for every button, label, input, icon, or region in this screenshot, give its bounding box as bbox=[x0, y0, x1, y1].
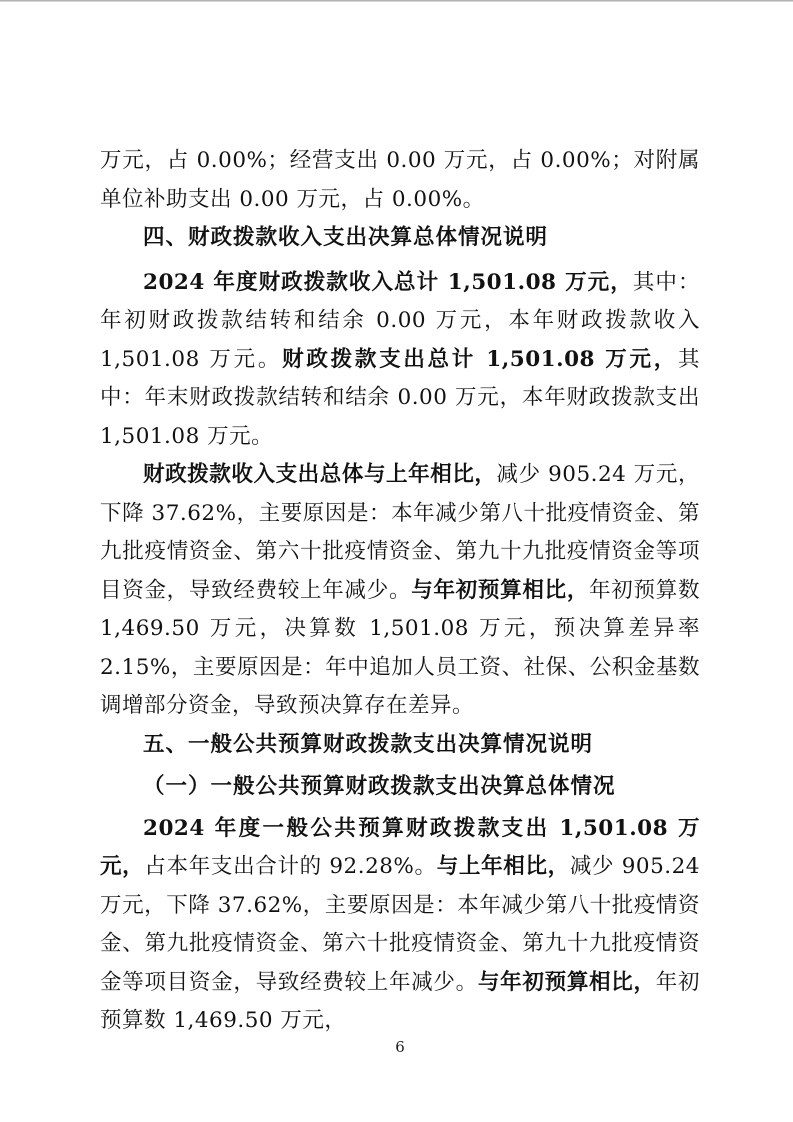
heading-text: 四、财政拨款收入支出决算总体情况说明 bbox=[143, 225, 548, 250]
document-body: 万元，占 0.00%；经营支出 0.00 万元，占 0.00%；对附属单位补助支… bbox=[0, 0, 793, 1041]
paragraph-year-over-year-comparison: 财政拨款收入支出总体与上年相比，减少 905.24 万元，下降 37.62%，主… bbox=[100, 456, 700, 726]
report-page: 万元，占 0.00%；经营支出 0.00 万元，占 0.00%；对附属单位补助支… bbox=[0, 0, 793, 1122]
text-run-bold: 财政拨款支出总计 1,501.08 万元， bbox=[282, 347, 678, 372]
text-run-bold: 与年初预算相比， bbox=[411, 578, 589, 603]
page-number: 6 bbox=[100, 1036, 700, 1058]
paragraph-carryover-expense-shares: 万元，占 0.00%；经营支出 0.00 万元，占 0.00%；对附属单位补助支… bbox=[100, 142, 700, 219]
text-run: 占本年支出合计的 92.28%。 bbox=[144, 854, 436, 879]
paragraph-fiscal-appropriation-totals: 2024 年度财政拨款收入总计 1,501.08 万元，其中：年初财政拨款结转和… bbox=[100, 264, 700, 457]
heading-text: 五、一般公共预算财政拨款支出决算情况说明 bbox=[143, 732, 593, 757]
section-heading-4: 四、财政拨款收入支出决算总体情况说明 bbox=[100, 219, 700, 258]
text-run-bold: 与年初预算相比， bbox=[478, 970, 656, 995]
text-run-bold: 财政拨款收入支出总体与上年相比， bbox=[143, 462, 497, 487]
paragraph-general-public-budget-expenditure: 2024 年度一般公共预算财政拨款支出 1,501.08 万元，占本年支出合计的… bbox=[100, 810, 700, 1041]
subsection-heading-5-1: （一）一般公共预算财政拨款支出决算总体情况 bbox=[100, 768, 700, 807]
section-heading-5: 五、一般公共预算财政拨款支出决算情况说明 bbox=[100, 726, 700, 765]
text-run-bold: 2024 年度财政拨款收入总计 1,501.08 万元， bbox=[143, 270, 633, 295]
text-run: 万元，占 0.00%；经营支出 0.00 万元，占 0.00%；对附属单位补助支… bbox=[100, 148, 700, 212]
heading-text: （一）一般公共预算财政拨款支出决算总体情况 bbox=[143, 774, 616, 799]
text-run-bold: 与上年相比， bbox=[437, 854, 570, 879]
